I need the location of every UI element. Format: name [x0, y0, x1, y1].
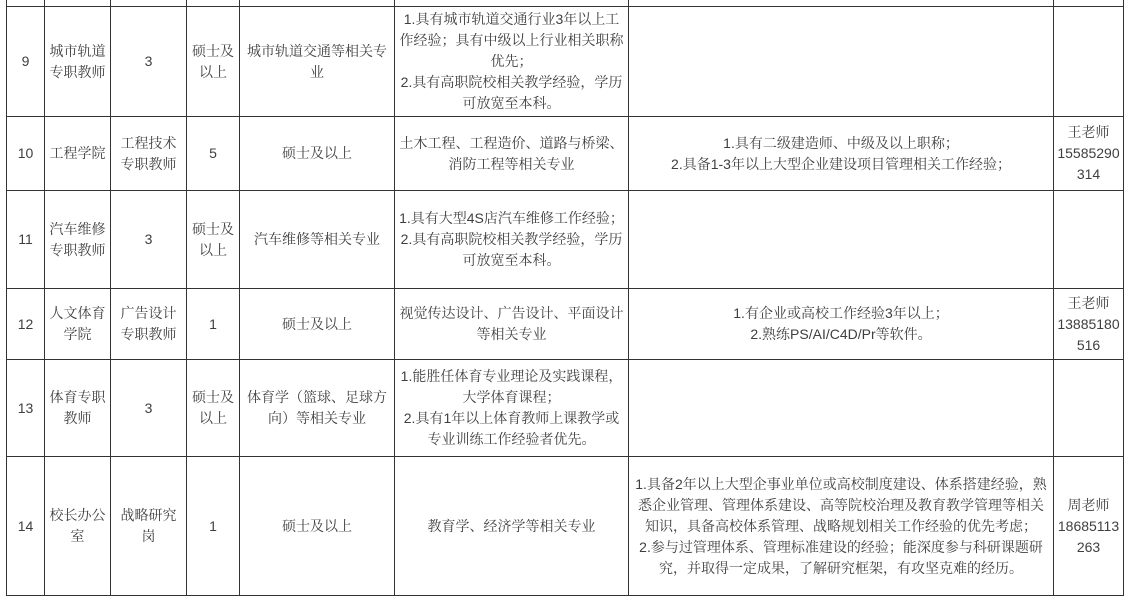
contact-cell: 周老师18685113263 — [1054, 457, 1124, 596]
position-cell: 广告设计专职教师 — [111, 289, 187, 360]
cell-paragraph: 2.参与过管理体系、管理标准建设的经验；能深度参与科研课题研究，并取得一定成果，… — [632, 537, 1050, 579]
department-cell: 校长办公室 — [45, 457, 111, 596]
cell-paragraph: 2.具备1-3年以上大型企业建设项目管理相关工作经验； — [632, 154, 1050, 175]
major-cell: 土木工程、工程造价、道路与桥梁、消防工程等相关专业 — [395, 117, 629, 191]
education-cell: 硕士及以上 — [240, 457, 395, 596]
major-cell: 1.具有大型4S店汽车维修工作经验；2.具有高职院校相关教学经验，学历可放宽至本… — [395, 191, 629, 289]
cell-paragraph: 2.具有1年以上体育教师上课教学或专业训练工作经验者优先。 — [398, 408, 625, 450]
requirements-cell — [629, 191, 1054, 289]
table-row: 14校长办公室战略研究岗1硕士及以上教育学、经济学等相关专业1.具备2年以上大型… — [7, 457, 1124, 596]
headcount-cell: 硕士及以上 — [187, 7, 240, 117]
cell-paragraph: 王老师 — [1057, 293, 1120, 314]
position-cell: 战略研究岗 — [111, 457, 187, 596]
cell-paragraph: 1.具有城市轨道交通行业3年以上工作经验；具有中级以上行业相关职称优先； — [398, 9, 625, 72]
cell-paragraph: 1.有企业或高校工作经验3年以上； — [632, 303, 1050, 324]
requirements-cell: 1.具有二级建造师、中级及以上职称；2.具备1-3年以上大型企业建设项目管理相关… — [629, 117, 1054, 191]
cell-paragraph: 王老师 — [1057, 122, 1120, 143]
cell-paragraph: 1.具备2年以上大型企事业单位或高校制度建设、体系搭建经验，熟悉企业管理、管理体… — [632, 474, 1050, 537]
department-cell: 城市轨道专职教师 — [45, 7, 111, 117]
cell-paragraph: 18685113263 — [1057, 516, 1120, 558]
table-row: 13体育专职教师3硕士及以上体育学（篮球、足球方向）等相关专业1.能胜任体育专业… — [7, 360, 1124, 457]
position-cell: 3 — [111, 191, 187, 289]
department-cell: 汽车维修专职教师 — [45, 191, 111, 289]
recruitment-table: 9城市轨道专职教师3硕士及以上城市轨道交通等相关专业1.具有城市轨道交通行业3年… — [6, 0, 1124, 596]
education-cell: 城市轨道交通等相关专业 — [240, 7, 395, 117]
cell-paragraph: 1.具有大型4S店汽车维修工作经验； — [398, 208, 625, 229]
headcount-cell: 5 — [187, 117, 240, 191]
contact-cell — [1054, 7, 1124, 117]
cell-paragraph: 2.具有高职院校相关教学经验，学历可放宽至本科。 — [398, 72, 625, 114]
major-cell: 1.具有城市轨道交通行业3年以上工作经验；具有中级以上行业相关职称优先；2.具有… — [395, 7, 629, 117]
requirements-cell — [629, 360, 1054, 457]
department-cell: 体育专职教师 — [45, 360, 111, 457]
cell-paragraph: 1.具有二级建造师、中级及以上职称； — [632, 133, 1050, 154]
contact-cell — [1054, 360, 1124, 457]
cell-paragraph: 周老师 — [1057, 495, 1120, 516]
row-number-cell: 12 — [7, 289, 45, 360]
major-cell: 视觉传达设计、广告设计、平面设计等相关专业 — [395, 289, 629, 360]
table-row: 9城市轨道专职教师3硕士及以上城市轨道交通等相关专业1.具有城市轨道交通行业3年… — [7, 7, 1124, 117]
requirements-cell — [629, 7, 1054, 117]
requirements-cell: 1.具备2年以上大型企事业单位或高校制度建设、体系搭建经验，熟悉企业管理、管理体… — [629, 457, 1054, 596]
row-number-cell: 13 — [7, 360, 45, 457]
position-cell: 工程技术专职教师 — [111, 117, 187, 191]
headcount-cell: 硕士及以上 — [187, 360, 240, 457]
table-row: 11汽车维修专职教师3硕士及以上汽车维修等相关专业1.具有大型4S店汽车维修工作… — [7, 191, 1124, 289]
contact-cell — [1054, 191, 1124, 289]
row-number-cell: 11 — [7, 191, 45, 289]
requirements-cell: 1.有企业或高校工作经验3年以上；2.熟练PS/AI/C4D/Pr等软件。 — [629, 289, 1054, 360]
education-cell: 汽车维修等相关专业 — [240, 191, 395, 289]
row-number-cell: 14 — [7, 457, 45, 596]
row-number-cell: 10 — [7, 117, 45, 191]
headcount-cell: 1 — [187, 457, 240, 596]
row-number-cell: 9 — [7, 7, 45, 117]
cell-paragraph: 13885180516 — [1057, 314, 1120, 356]
education-cell: 硕士及以上 — [240, 117, 395, 191]
contact-cell: 王老师13885180516 — [1054, 289, 1124, 360]
headcount-cell: 硕士及以上 — [187, 191, 240, 289]
cell-paragraph: 2.熟练PS/AI/C4D/Pr等软件。 — [632, 324, 1050, 345]
department-cell: 人文体育学院 — [45, 289, 111, 360]
position-cell: 3 — [111, 7, 187, 117]
table-row: 12人文体育学院广告设计专职教师1硕士及以上视觉传达设计、广告设计、平面设计等相… — [7, 289, 1124, 360]
department-cell: 工程学院 — [45, 117, 111, 191]
cell-paragraph: 2.具有高职院校相关教学经验，学历可放宽至本科。 — [398, 229, 625, 271]
headcount-cell: 1 — [187, 289, 240, 360]
contact-cell: 王老师15585290314 — [1054, 117, 1124, 191]
education-cell: 体育学（篮球、足球方向）等相关专业 — [240, 360, 395, 457]
position-cell: 3 — [111, 360, 187, 457]
cell-paragraph: 1.能胜任体育专业理论及实践课程，大学体育课程； — [398, 366, 625, 408]
major-cell: 教育学、经济学等相关专业 — [395, 457, 629, 596]
table-row: 10工程学院工程技术专职教师5硕士及以上土木工程、工程造价、道路与桥梁、消防工程… — [7, 117, 1124, 191]
education-cell: 硕士及以上 — [240, 289, 395, 360]
cell-paragraph: 15585290314 — [1057, 143, 1120, 185]
major-cell: 1.能胜任体育专业理论及实践课程，大学体育课程；2.具有1年以上体育教师上课教学… — [395, 360, 629, 457]
